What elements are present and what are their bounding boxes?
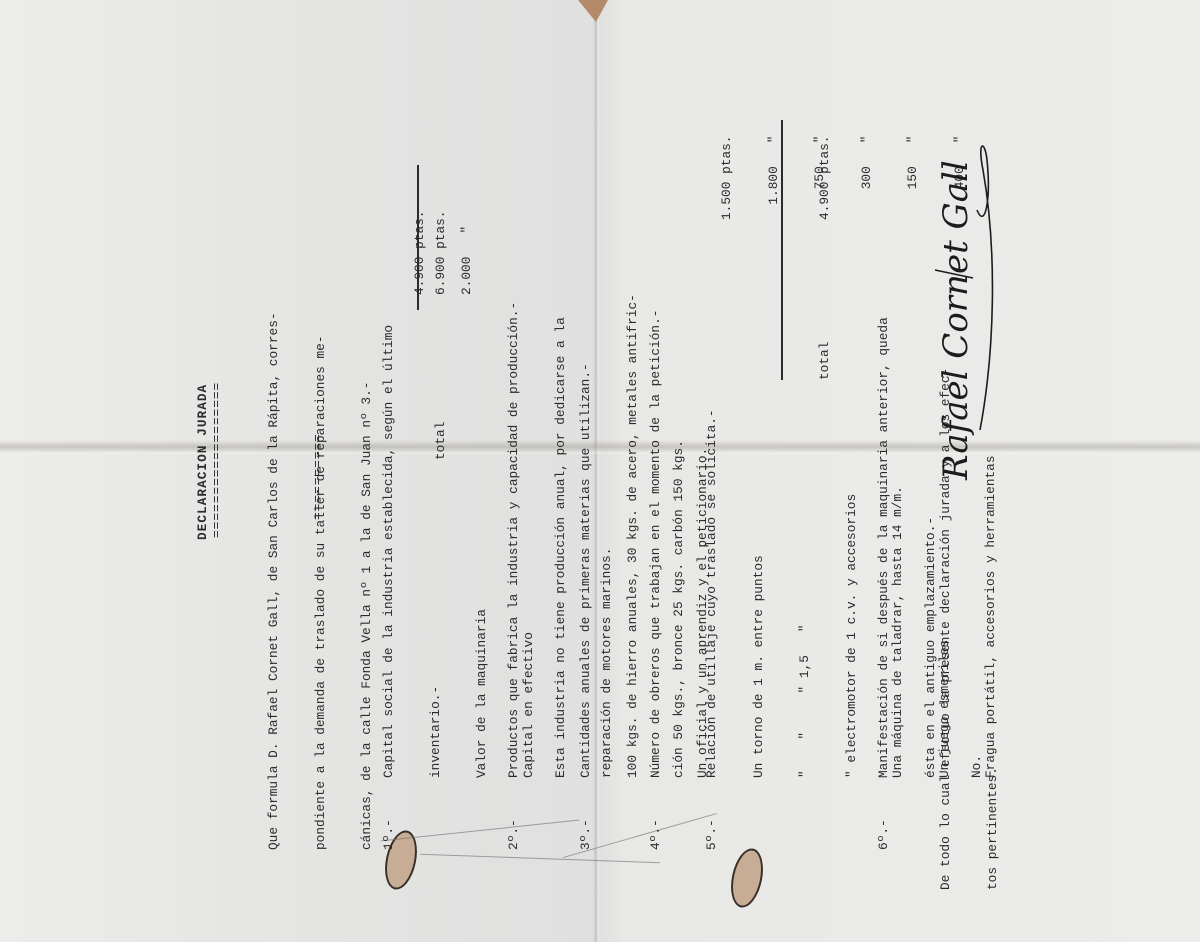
amount-unit: ptas.: [719, 136, 734, 174]
title-underline: ==================: [209, 382, 225, 538]
section-line: Capital social de la industria estableci…: [381, 325, 396, 778]
amount-unit: ptas.: [412, 211, 427, 249]
section-line: Productos que fabrica la industria y cap…: [506, 302, 521, 778]
amount-value: 2.000: [459, 257, 474, 295]
total-label: total: [817, 342, 833, 380]
section-line: Manifestación de si después de la maquin…: [876, 317, 891, 778]
total-value: 6.900: [433, 257, 448, 295]
section-number: 2º.-: [506, 778, 522, 850]
amount-unit: ": [905, 136, 920, 144]
section-number: 3º.-: [578, 778, 594, 850]
amount-value: 1.800: [766, 166, 781, 204]
amount-unit: ": [859, 136, 874, 144]
amount-value: 150: [905, 166, 920, 189]
section-number: 4º.-: [648, 778, 664, 850]
handwritten-signature: Rafael Cornet Gall: [925, 80, 995, 500]
section-number: 6º.-: [876, 778, 892, 850]
capital-total: 6.900 ptas.: [433, 211, 449, 296]
section-number: 5º.-: [704, 778, 720, 850]
sum-line: [781, 120, 783, 380]
section-line: inventario.-: [428, 686, 443, 778]
section-line: Cantidades anuales de primeras materias …: [578, 363, 593, 778]
section-line: Un torno de 1 m. entre puntos: [751, 555, 766, 778]
amount-unit: ": [459, 226, 474, 234]
total-unit: ptas.: [433, 211, 448, 249]
total-label: total: [433, 422, 449, 460]
sum-line: [417, 165, 419, 310]
amount-value: 300: [859, 166, 874, 189]
section-line: " " " 1,5 ": [797, 624, 812, 778]
separator-rule: ==========: [310, 433, 326, 520]
total-unit: ptas.: [817, 136, 832, 174]
signature-text: Rafael Cornet Gall: [936, 160, 976, 481]
declaration-page: DECLARACION JURADA ================== Qu…: [185, 20, 965, 900]
intro-line: pondiente a la demanda de traslado de su…: [313, 312, 329, 850]
amount-unit: ": [766, 136, 781, 144]
amount-value: 1.500: [719, 182, 734, 220]
total-value: 4.900: [817, 182, 832, 220]
amount-value: 4.900: [412, 257, 427, 295]
tools-total: 4.900 ptas.: [817, 136, 833, 221]
section-line: Relación de utillaje cuyo traslado se so…: [704, 409, 719, 778]
section-number: 1º.-: [381, 778, 397, 850]
intro-line: Que formula D. Rafael Cornet Gall, de Sa…: [266, 312, 282, 850]
section-line: Número de obreros que trabajan en el mom…: [648, 310, 663, 778]
